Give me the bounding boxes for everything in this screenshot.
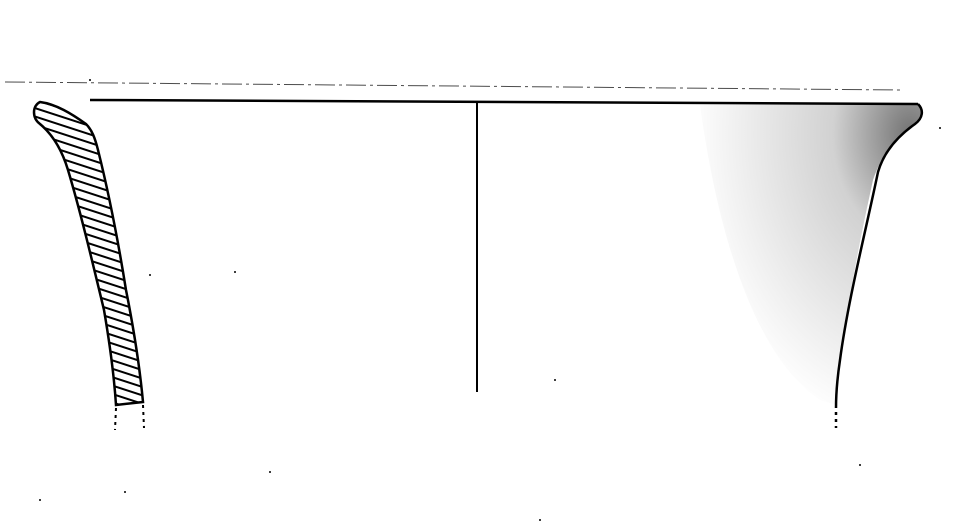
section-profile [34,102,143,405]
broken-edge-right [143,405,144,428]
faint-top-line [5,82,900,90]
rim-line [90,100,918,104]
broken-edge-left [115,408,116,430]
pottery-profile-drawing [0,0,961,527]
